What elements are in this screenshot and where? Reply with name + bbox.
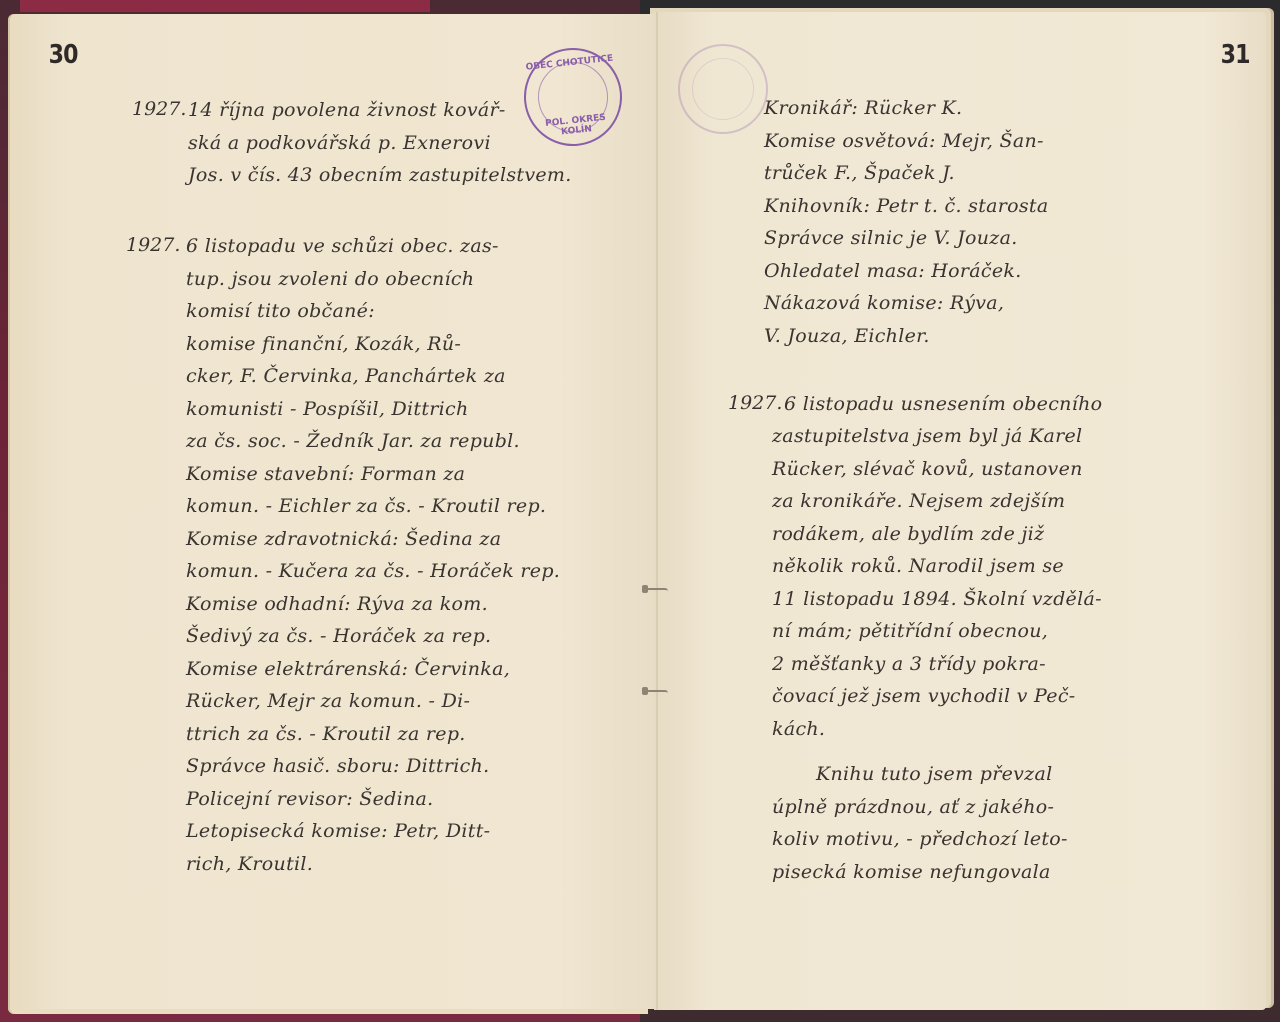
entry-text: 6 listopadu ve schůzi obec. zas- tup. js…	[186, 230, 560, 880]
text-line: Komise osvětová: Mejr, Šan-	[764, 125, 1049, 158]
text-line: komunisti - Pospíšil, Dittrich	[186, 393, 560, 426]
text-line: za kronikáře. Nejsem zdejším	[772, 485, 1102, 518]
text-line: ní mám; pětitřídní obecnou,	[772, 615, 1102, 648]
text-line: V. Jouza, Eichler.	[764, 320, 1049, 353]
text-line: rich, Kroutil.	[186, 848, 560, 881]
text-line: trůček F., Špaček J.	[764, 157, 1049, 190]
entry-year: 1927.	[728, 392, 782, 414]
text-line: koliv motivu, - předchozí leto-	[772, 823, 1068, 856]
page-number-right: 31	[1221, 40, 1250, 70]
text-line: komisí tito občané:	[186, 295, 560, 328]
text-line: komise finanční, Kozák, Rů-	[186, 328, 560, 361]
text-line: 2 měšťanky a 3 třídy pokra-	[772, 648, 1102, 681]
text-line: cker, F. Červinka, Panchártek za	[186, 360, 560, 393]
entry-text: 14 října povolena živnost kovář- ská a p…	[188, 94, 572, 192]
text-line: Rücker, Mejr za komun. - Di-	[186, 685, 560, 718]
entry-text: Kronikář: Rücker K. Komise osvětová: Mej…	[764, 92, 1049, 352]
cover-edge	[20, 0, 430, 12]
binding-stitch	[646, 690, 668, 696]
text-line: za čs. soc. - Žedník Jar. za republ.	[186, 425, 560, 458]
text-line: čovací jež jsem vychodil v Peč-	[772, 680, 1102, 713]
text-line: zastupitelstva jsem byl já Karel	[772, 420, 1102, 453]
entry-text: 6 listopadu usnesením obecního	[784, 388, 1102, 421]
text-line: Knihu tuto jsem převzal	[772, 758, 1068, 791]
entry-year: 1927.	[126, 234, 180, 256]
book-gutter	[656, 12, 658, 1010]
text-line: Komise zdravotnická: Šedina za	[186, 523, 560, 556]
text-line: Komise odhadní: Rýva za kom.	[186, 588, 560, 621]
text-line: tup. jsou zvoleni do obecních	[186, 263, 560, 296]
text-line: Šedivý za čs. - Horáček za rep.	[186, 620, 560, 653]
text-line: Komise stavební: Forman za	[186, 458, 560, 491]
text-line: Rücker, slévač kovů, ustanoven	[772, 453, 1102, 486]
text-line: ská a podkovářská p. Exnerovi	[188, 127, 572, 160]
text-line: Správce silnic je V. Jouza.	[764, 222, 1049, 255]
text-line: Jos. v čís. 43 obecním zastupitelstvem.	[188, 159, 572, 192]
text-line: Správce hasič. sboru: Dittrich.	[186, 750, 560, 783]
faint-stamp-bleedthrough	[678, 44, 768, 134]
text-line: komun. - Eichler za čs. - Kroutil rep.	[186, 490, 560, 523]
text-line: Ohledatel masa: Horáček.	[764, 255, 1049, 288]
text-line: rodákem, ale bydlím zde již	[772, 518, 1102, 551]
text-line: 14 října povolena živnost kovář-	[188, 94, 572, 127]
text-line: Policejní revisor: Šedina.	[186, 783, 560, 816]
text-line: Nákazová komise: Rýva,	[764, 287, 1049, 320]
text-line: Kronikář: Rücker K.	[764, 92, 1049, 125]
entry-year: 1927.	[132, 98, 186, 120]
entry-text-continued: zastupitelstva jsem byl já Karel Rücker,…	[772, 420, 1102, 745]
text-line: 11 listopadu 1894. Školní vzdělá-	[772, 583, 1102, 616]
stamp-inner-ring	[692, 58, 754, 120]
text-line: 6 listopadu ve schůzi obec. zas-	[186, 230, 560, 263]
text-line: Komise elektrárenská: Červinka,	[186, 653, 560, 686]
entry-text-paragraph: Knihu tuto jsem převzal úplně prázdnou, …	[772, 758, 1068, 888]
text-line: pisecká komise nefungovala	[772, 856, 1068, 889]
text-line: několik roků. Narodil jsem se	[772, 550, 1102, 583]
text-line: Knihovník: Petr t. č. starosta	[764, 190, 1049, 223]
text-line: úplně prázdnou, ať z jakého-	[772, 791, 1068, 824]
text-line: komun. - Kučera za čs. - Horáček rep.	[186, 555, 560, 588]
text-line: ttrich za čs. - Kroutil za rep.	[186, 718, 560, 751]
page-number-left: 30	[49, 40, 78, 70]
text-line: kách.	[772, 713, 1102, 746]
text-line: 6 listopadu usnesením obecního	[784, 388, 1102, 421]
binding-stitch	[646, 588, 668, 594]
text-line: Letopisecká komise: Petr, Ditt-	[186, 815, 560, 848]
